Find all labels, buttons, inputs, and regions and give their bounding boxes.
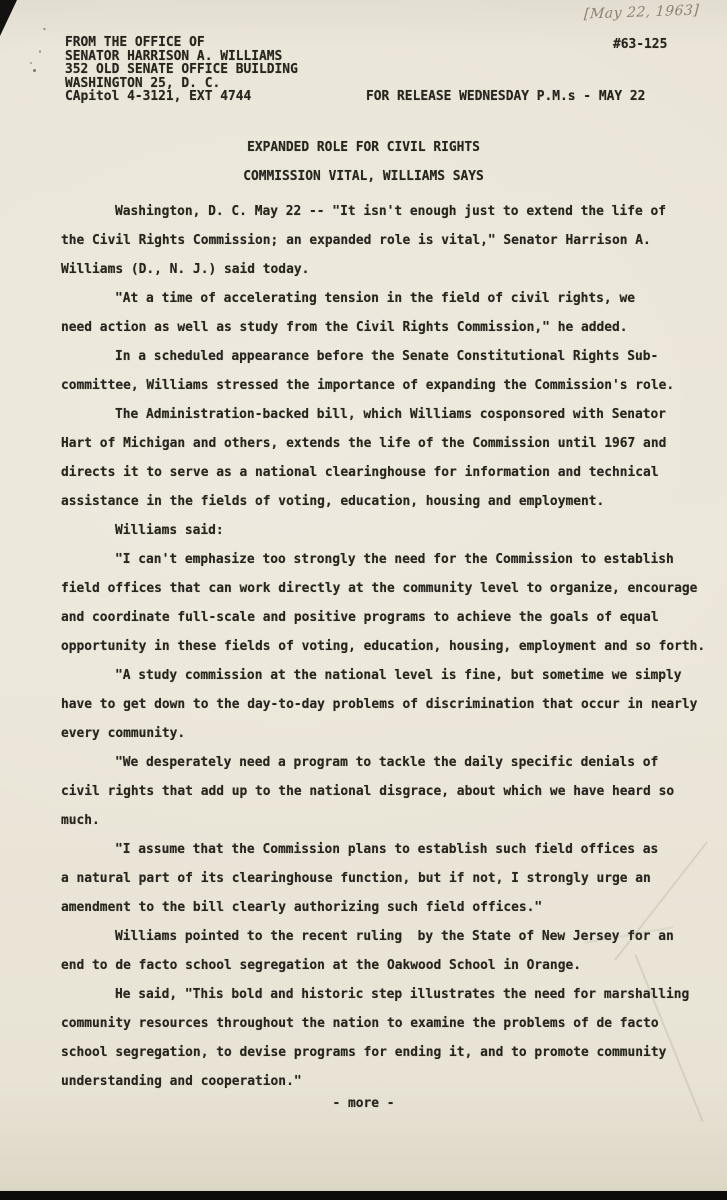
body-paragraph: "We desperately need a program to tackle… — [61, 748, 711, 835]
body-line: "A study commission at the national leve… — [61, 661, 711, 690]
body-line: The Administration-backed bill, which Wi… — [61, 400, 711, 429]
body-line: He said, "This bold and historic step il… — [61, 980, 711, 1009]
release-instruction: FOR RELEASE WEDNESDAY P.M.s - MAY 22 — [366, 89, 645, 104]
body-line: have to get down to the day-to-day probl… — [61, 690, 711, 719]
office-line-phone: CApitol 4-3121, EXT 4744 — [65, 90, 298, 104]
body-paragraph: The Administration-backed bill, which Wi… — [61, 400, 711, 516]
body-line: opportunity in these fields of voting, e… — [61, 632, 711, 661]
body-paragraph: "I assume that the Commission plans to e… — [61, 835, 711, 922]
body-line: and coordinate full-scale and positive p… — [61, 603, 711, 632]
body-line: directs it to serve as a national cleari… — [61, 458, 711, 487]
body-line: every community. — [61, 719, 711, 748]
body-line: Williams said: — [61, 516, 711, 545]
body-line: civil rights that add up to the national… — [61, 777, 711, 806]
body-line: community resources throughout the natio… — [61, 1009, 711, 1038]
body-line: "We desperately need a program to tackle… — [61, 748, 711, 777]
pencil-mark — [39, 50, 41, 53]
body-line: much. — [61, 806, 711, 835]
handwritten-date-annotation: [May 22, 1963] — [583, 2, 724, 23]
body-line: school segregation, to devise programs f… — [61, 1038, 711, 1067]
office-line-from: FROM THE OFFICE OF — [65, 36, 298, 50]
scan-corner-artifact — [0, 0, 22, 38]
headline-line-1: EXPANDED ROLE FOR CIVIL RIGHTS — [0, 133, 727, 162]
body-paragraph: He said, "This bold and historic step il… — [61, 980, 711, 1096]
pencil-mark — [33, 69, 36, 72]
body-paragraph: Washington, D. C. May 22 -- "It isn't en… — [61, 197, 711, 284]
office-line-building: 352 OLD SENATE OFFICE BUILDING — [65, 63, 298, 77]
body-paragraph: Williams pointed to the recent ruling by… — [61, 922, 711, 980]
body-line: a natural part of its clearinghouse func… — [61, 864, 711, 893]
body-line: "I can't emphasize too strongly the need… — [61, 545, 711, 574]
body-line: need action as well as study from the Ci… — [61, 313, 711, 342]
body-line: committee, Williams stressed the importa… — [61, 371, 711, 400]
office-address-block: FROM THE OFFICE OF SENATOR HARRISON A. W… — [65, 36, 298, 104]
office-line-city: WASHINGTON 25, D. C. — [65, 77, 298, 91]
pencil-mark — [43, 27, 47, 30]
body-line: Washington, D. C. May 22 -- "It isn't en… — [61, 197, 711, 226]
body-line: end to de facto school segregation at th… — [61, 951, 711, 980]
headline: EXPANDED ROLE FOR CIVIL RIGHTS COMMISSIO… — [0, 133, 727, 191]
body-line: amendment to the bill clearly authorizin… — [61, 893, 711, 922]
body-line: field offices that can work directly at … — [61, 574, 711, 603]
body-line: Williams (D., N. J.) said today. — [61, 255, 711, 284]
more-marker: - more - — [0, 1089, 727, 1118]
body-paragraph: Williams said: — [61, 516, 711, 545]
office-line-senator: SENATOR HARRISON A. WILLIAMS — [65, 50, 298, 64]
release-number: #63-125 — [613, 37, 667, 52]
pencil-mark — [30, 62, 32, 64]
body-line: the Civil Rights Commission; an expanded… — [61, 226, 711, 255]
body-line: In a scheduled appearance before the Sen… — [61, 342, 711, 371]
body-paragraph: "A study commission at the national leve… — [61, 661, 711, 748]
body-paragraph: "At a time of accelerating tension in th… — [61, 284, 711, 342]
press-release-page: [May 22, 1963] FROM THE OFFICE OF SENATO… — [0, 0, 727, 1200]
headline-line-2: COMMISSION VITAL, WILLIAMS SAYS — [0, 162, 727, 191]
body-line: "I assume that the Commission plans to e… — [61, 835, 711, 864]
body-line: "At a time of accelerating tension in th… — [61, 284, 711, 313]
scan-bottom-edge — [0, 1191, 727, 1200]
body-line: Hart of Michigan and others, extends the… — [61, 429, 711, 458]
body-paragraph: In a scheduled appearance before the Sen… — [61, 342, 711, 400]
body-paragraph: "I can't emphasize too strongly the need… — [61, 545, 711, 661]
body-text: Washington, D. C. May 22 -- "It isn't en… — [61, 197, 711, 1096]
body-line: assistance in the fields of voting, educ… — [61, 487, 711, 516]
